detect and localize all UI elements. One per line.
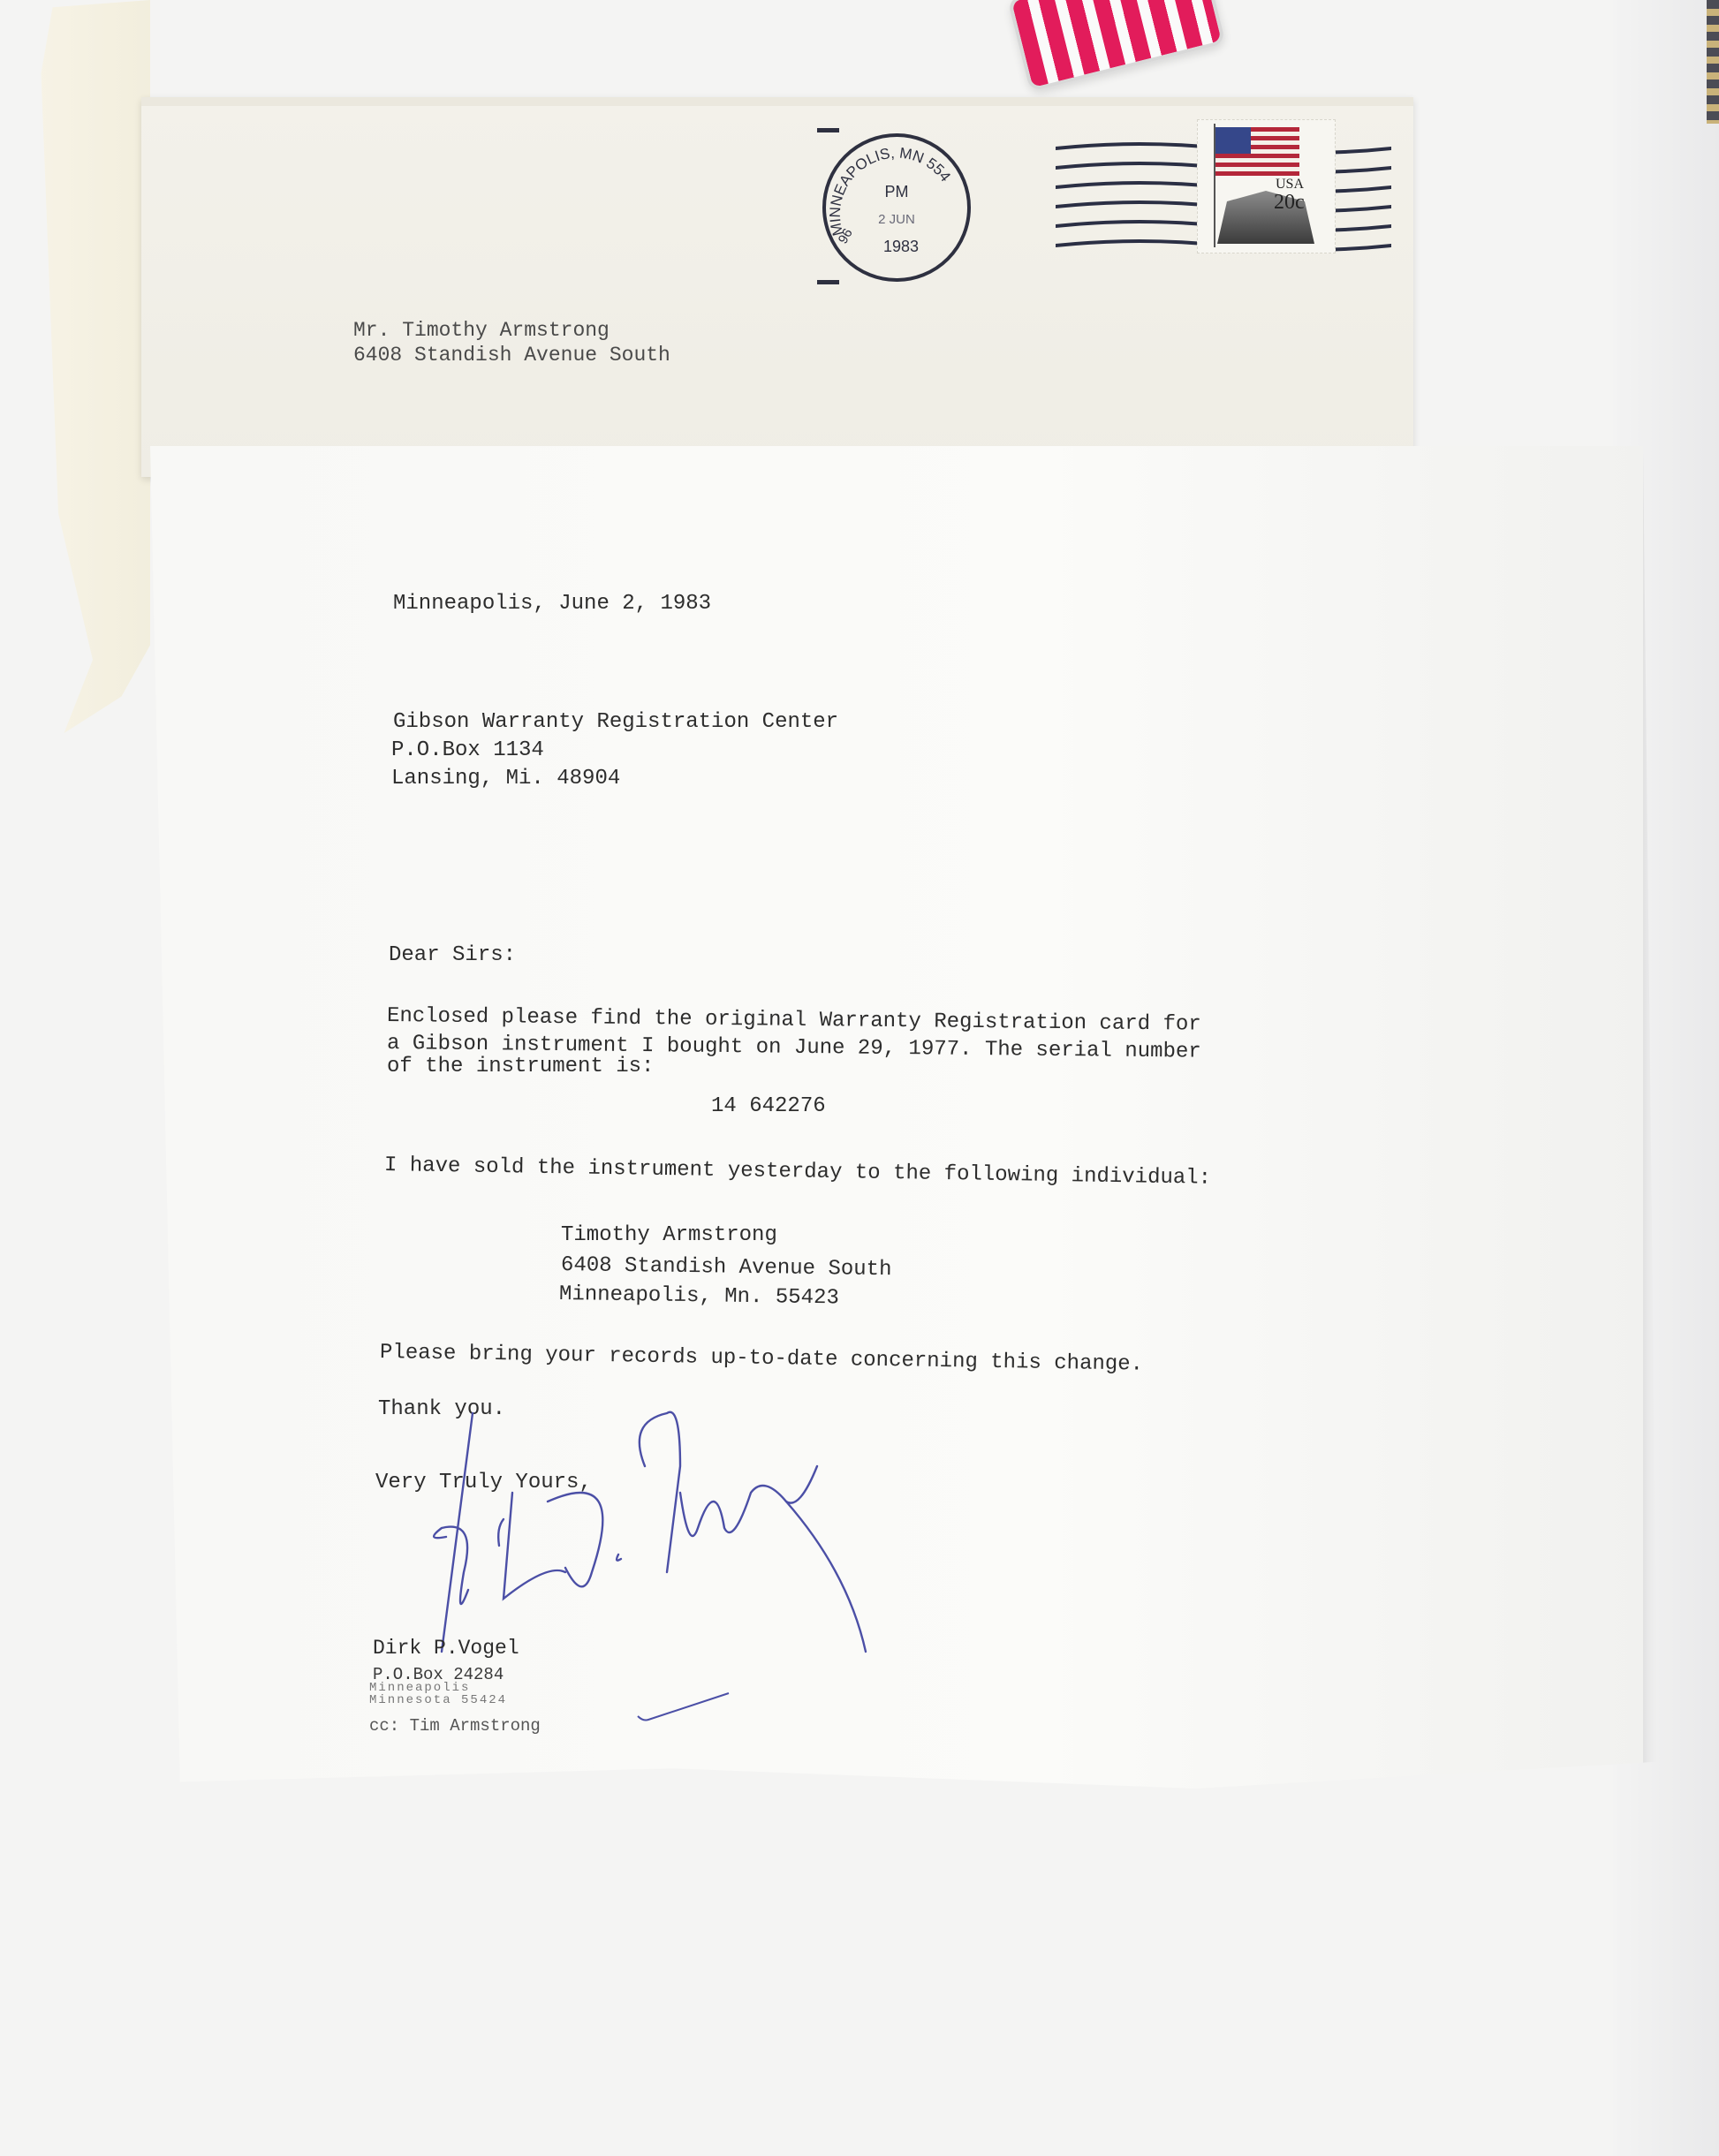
signature-icon (415, 1396, 1016, 1660)
postmark-time: PM (885, 183, 909, 200)
signer-name: Dirk P.Vogel (373, 1634, 519, 1662)
envelope-edge (141, 97, 1413, 106)
buyer-street: 6408 Standish Avenue South (561, 1252, 892, 1284)
serial-number: 14 642276 (711, 1093, 826, 1121)
addressee-name: Gibson Warranty Registration Center (393, 708, 838, 737)
frame-edge (1707, 0, 1719, 124)
stamp-value: 20c (1274, 191, 1305, 215)
postmark-year: 1983 (883, 238, 919, 255)
salutation: Dear Sirs: (389, 942, 516, 970)
signer-state: Minnesota 55424 (369, 1694, 507, 1707)
postmark-date: 2 JUN (878, 212, 915, 227)
postage-stamp: USA 20c (1197, 119, 1336, 253)
addressee-city: Lansing, Mi. 48904 (391, 765, 620, 793)
flag-canton (1215, 127, 1251, 154)
flag-pin-object (1007, 0, 1225, 92)
checkmark-icon (636, 1691, 733, 1727)
paragraph1-line3: of the instrument is: (387, 1053, 654, 1081)
envelope-address: Mr. Timothy Armstrong 6408 Standish Aven… (353, 318, 670, 367)
addressee-pobox: P.O.Box 1134 (391, 737, 544, 765)
postmark-icon: MINNEAPOLIS, MN 554 PM 2 JUN 1983 96 (817, 128, 976, 287)
buyer-name: Timothy Armstrong (561, 1222, 777, 1250)
dateline: Minneapolis, June 2, 1983 (393, 590, 711, 618)
cc-line: cc: Tim Armstrong (369, 1717, 541, 1735)
envelope-street: 6408 Standish Avenue South (353, 344, 670, 367)
envelope-recipient: Mr. Timothy Armstrong (353, 319, 610, 342)
folded-paper-flap (35, 0, 150, 733)
buyer-city: Minneapolis, Mn. 55423 (559, 1281, 839, 1313)
